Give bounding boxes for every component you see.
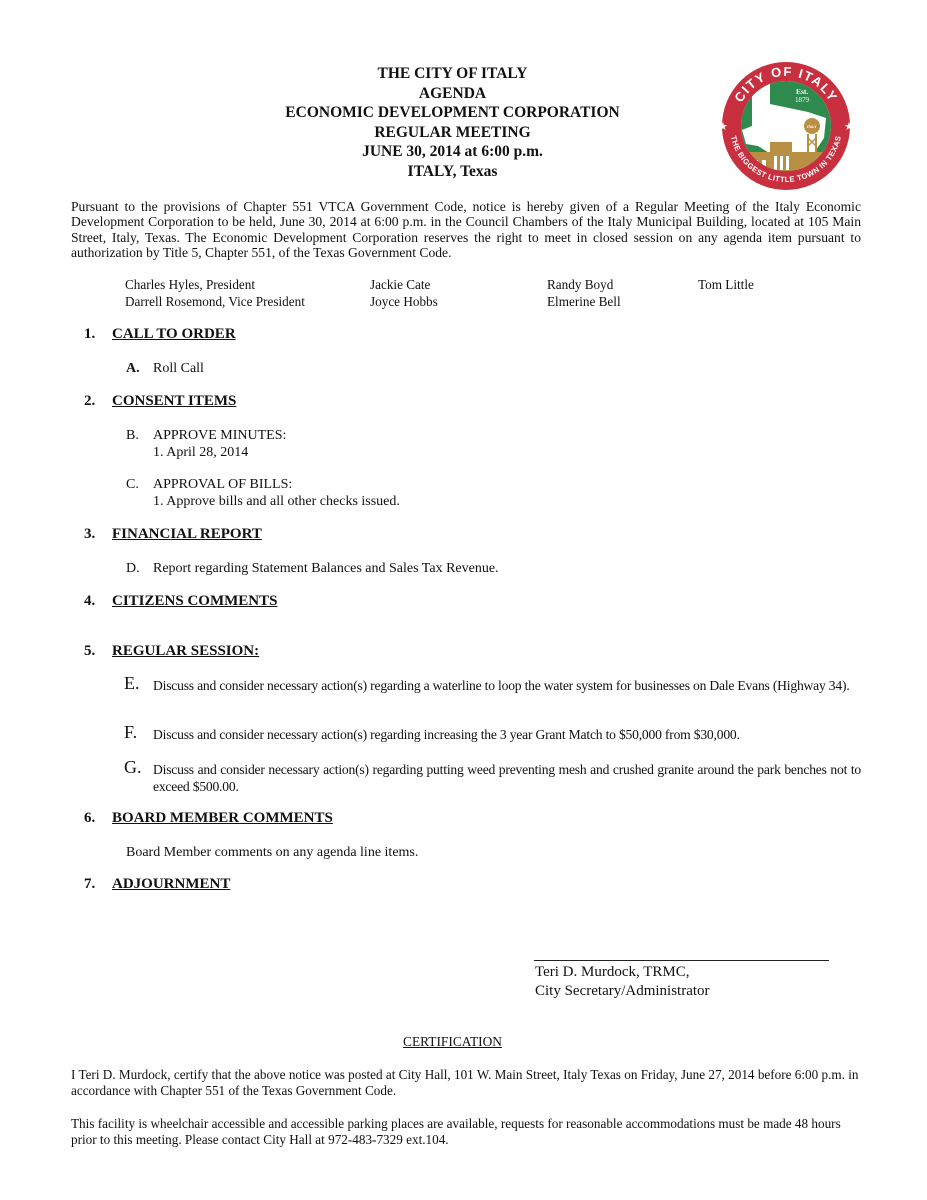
header-agenda: AGENDA: [200, 84, 705, 104]
item-financial-report: D.Report regarding Statement Balances an…: [126, 560, 499, 577]
member-name: Elmerine Bell: [547, 294, 621, 311]
section-board-member-comments: 6.BOARD MEMBER COMMENTS: [84, 810, 333, 827]
signature-block: Teri D. Murdock, TRMC, City Secretary/Ad…: [535, 963, 710, 1001]
header-city: THE CITY OF ITALY: [200, 64, 705, 84]
header-meeting-type: REGULAR MEETING: [200, 123, 705, 143]
bills-detail: 1. Approve bills and all other checks is…: [126, 493, 400, 510]
member-name: Tom Little: [698, 277, 754, 294]
certification-statement: I Teri D. Murdock, certify that the abov…: [71, 1067, 861, 1099]
minutes-date: 1. April 28, 2014: [126, 444, 286, 461]
members-column-4: Tom Little: [698, 277, 754, 294]
members-column-3: Randy Boyd Elmerine Bell: [547, 277, 621, 310]
section-consent-items: 2.CONSENT ITEMS: [84, 393, 236, 410]
item-park-benches: G. Discuss and consider necessary action…: [124, 761, 861, 795]
member-name: Jackie Cate: [370, 277, 438, 294]
signer-name: Teri D. Murdock, TRMC,: [535, 963, 710, 982]
document-header: THE CITY OF ITALY AGENDA ECONOMIC DEVELO…: [200, 64, 705, 181]
signature-line: [534, 960, 829, 961]
member-name: Joyce Hobbs: [370, 294, 438, 311]
section-adjournment: 7.ADJOURNMENT: [84, 876, 230, 893]
item-board-comments: Board Member comments on any agenda line…: [126, 844, 418, 861]
star-icon: ★: [844, 121, 854, 133]
notice-paragraph: Pursuant to the provisions of Chapter 55…: [71, 199, 861, 261]
item-waterline: E. Discuss and consider necessary action…: [124, 677, 861, 694]
seal-tower-label: ITALY: [807, 125, 817, 129]
item-roll-call: A.Roll Call: [126, 360, 204, 377]
section-citizens-comments: 4.CITIZENS COMMENTS: [84, 593, 277, 610]
star-icon: ★: [718, 121, 728, 133]
header-location: ITALY, Texas: [200, 162, 705, 182]
member-name: Randy Boyd: [547, 277, 621, 294]
accessibility-notice: This facility is wheelchair accessible a…: [71, 1116, 861, 1148]
members-column-2: Jackie Cate Joyce Hobbs: [370, 277, 438, 310]
item-grant-match: F. Discuss and consider necessary action…: [124, 726, 861, 743]
item-approval-of-bills: C.APPROVAL OF BILLS: 1. Approve bills an…: [126, 476, 400, 510]
city-seal-logo: Est. 1879 ITALY CITY OF ITALY THE BIGGES…: [708, 60, 864, 190]
certification-title: CERTIFICATION: [0, 1034, 905, 1050]
seal-est-year: 1879: [795, 96, 810, 104]
item-approve-minutes: B.APPROVE MINUTES: 1. April 28, 2014: [126, 427, 286, 461]
section-regular-session: 5.REGULAR SESSION:: [84, 643, 259, 660]
section-call-to-order: 1.CALL TO ORDER: [84, 326, 236, 343]
seal-est-label: Est.: [796, 87, 808, 96]
member-name: Charles Hyles, President: [125, 277, 305, 294]
signer-title: City Secretary/Administrator: [535, 982, 710, 1001]
member-name: Darrell Rosemond, Vice President: [125, 294, 305, 311]
section-financial-report: 3.FINANCIAL REPORT: [84, 526, 262, 543]
members-column-1: Charles Hyles, President Darrell Rosemon…: [125, 277, 305, 310]
header-organization: ECONOMIC DEVELOPMENT CORPORATION: [200, 103, 705, 123]
header-date-time: JUNE 30, 2014 at 6:00 p.m.: [200, 142, 705, 162]
